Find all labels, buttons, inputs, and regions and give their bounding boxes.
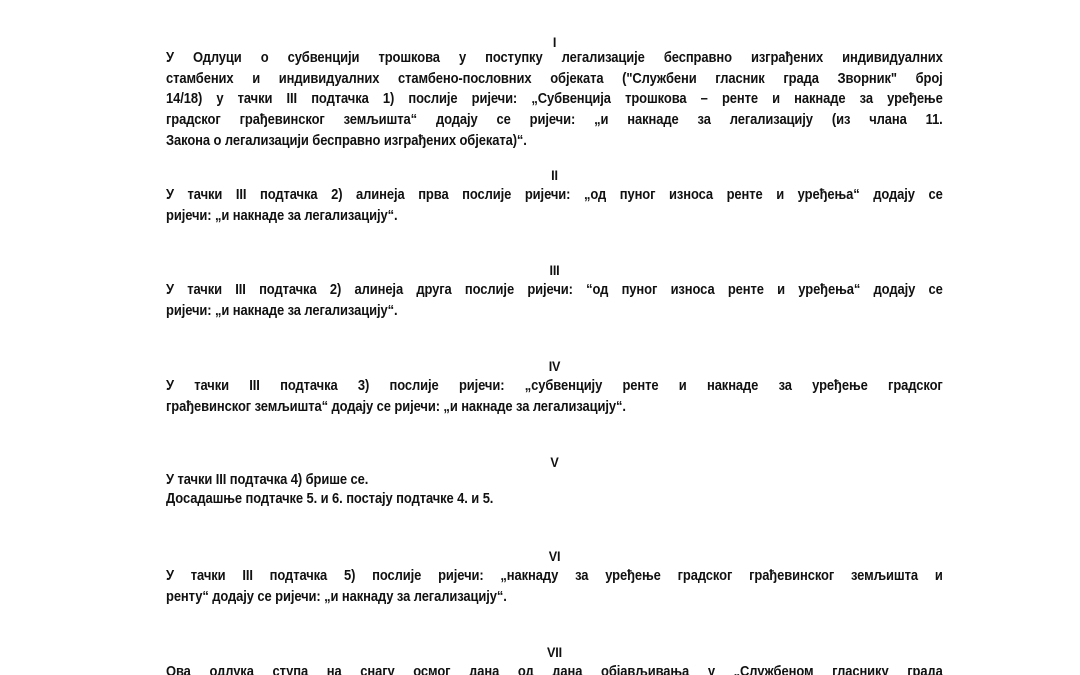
- paragraph-line: У тачки III подтачка 4) брише се.: [166, 471, 943, 490]
- section-iii-paragraph: У тачки III подтачка 2) алинеја друга по…: [166, 280, 943, 321]
- paragraph-line: Ова одлука ступа на снагу осмог дана од …: [166, 662, 943, 675]
- paragraph-line: ренту“ додају се ријечи: „и накнаду за л…: [166, 587, 943, 608]
- paragraph-line: 14/18) у тачки III подтачка 1) послије р…: [166, 89, 943, 110]
- section-heading-ii: II: [205, 165, 904, 185]
- paragraph-line: У Одлуци о субвенцији трошкова у поступк…: [166, 48, 943, 69]
- section-heading-iv: IV: [205, 356, 904, 376]
- paragraph-line: ријечи: „и накнаде за легализацију“.: [166, 206, 943, 227]
- section-heading-v: V: [205, 452, 904, 472]
- section-heading-vi: VI: [205, 546, 904, 566]
- paragraph-line: стамбених и индивидуалних стамбено-посло…: [166, 69, 943, 90]
- paragraph-line: У тачки III подтачка 3) послије ријечи: …: [166, 376, 943, 397]
- document-page: I У Одлуци о субвенцији трошкова у посту…: [0, 0, 1080, 675]
- paragraph-line: У тачки III подтачка 2) алинеја друга по…: [166, 280, 943, 301]
- section-iv-paragraph: У тачки III подтачка 3) послије ријечи: …: [166, 376, 943, 417]
- section-vii-paragraph: Ова одлука ступа на снагу осмог дана од …: [166, 662, 943, 675]
- paragraph-line: ријечи: „и накнаде за легализацију“.: [166, 301, 943, 322]
- section-i-paragraph: У Одлуци о субвенцији трошкова у поступк…: [166, 48, 943, 152]
- section-v-paragraph: У тачки III подтачка 4) брише се. Досада…: [166, 471, 943, 509]
- paragraph-line: У тачки III подтачка 5) послије ријечи: …: [166, 566, 943, 587]
- paragraph-line: Закона о легализацији бесправно изграђен…: [166, 131, 943, 152]
- section-ii-paragraph: У тачки III подтачка 2) алинеја прва пос…: [166, 185, 943, 226]
- section-heading-vii: VII: [205, 642, 904, 662]
- section-vi-paragraph: У тачки III подтачка 5) послије ријечи: …: [166, 566, 943, 607]
- paragraph-line: грађевинског земљишта“ додају се ријечи:…: [166, 397, 943, 418]
- section-heading-iii: III: [205, 260, 904, 280]
- paragraph-line: Досадашње подтачке 5. и 6. постају подта…: [166, 490, 943, 509]
- paragraph-line: У тачки III подтачка 2) алинеја прва пос…: [166, 185, 943, 206]
- paragraph-line: градског грађевинског земљишта“ додају с…: [166, 110, 943, 131]
